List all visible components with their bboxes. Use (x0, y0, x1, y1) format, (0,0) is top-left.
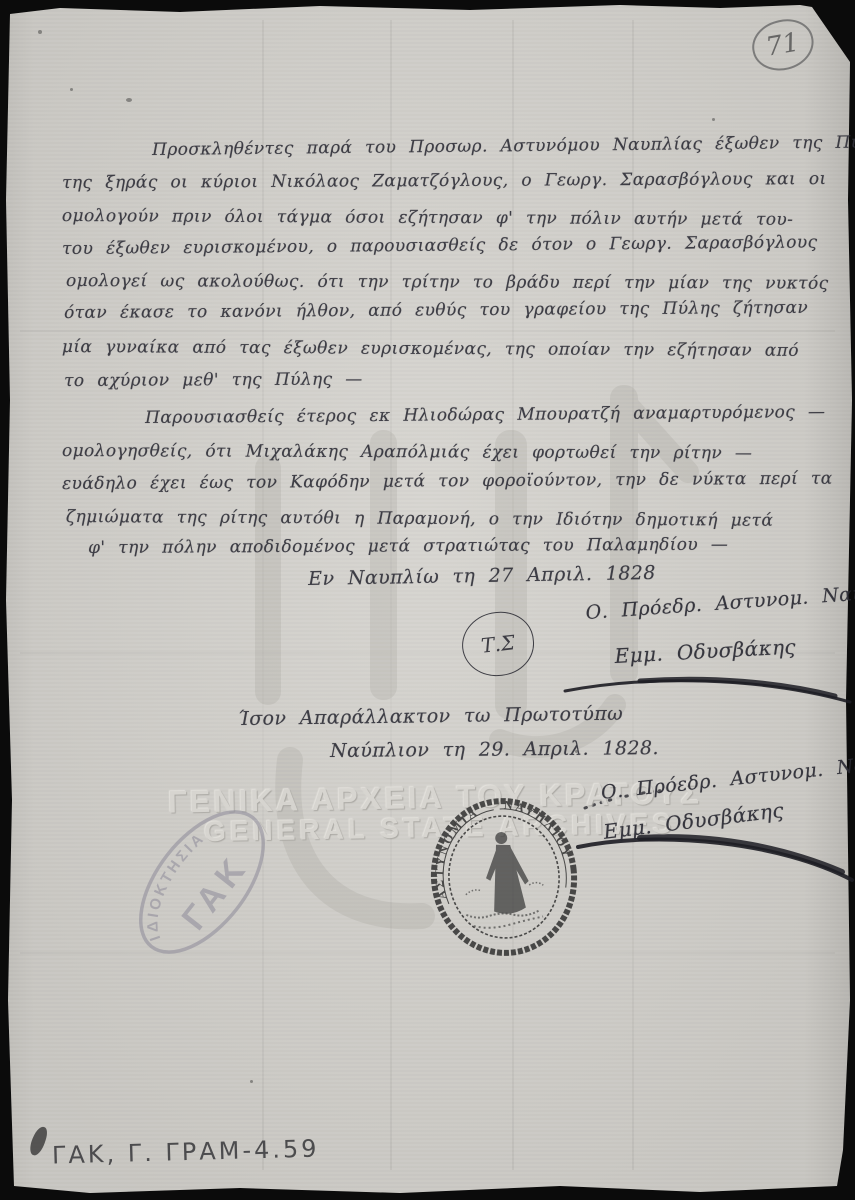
handwritten-line: της ξηράς οι κύριοι Νικόλαος Ζαματζόγλου… (62, 169, 827, 193)
paper-speck (70, 88, 73, 91)
paper-speck (712, 118, 715, 121)
fold-crease (512, 20, 514, 1170)
handwritten-line: ομολογησθείς, ότι Μιχαλάκης Αραπόλμιάς έ… (62, 441, 752, 463)
fold-crease (20, 952, 835, 954)
handwritten-line: μία γυναίκα από τας έξωθεν ευρισκομένας,… (62, 337, 799, 361)
handwritten-line: το αχύριον μεθ' της Πύλης — (64, 369, 363, 391)
fold-crease (390, 20, 392, 1170)
paper-speck (126, 98, 132, 102)
paper-speck (250, 1080, 253, 1083)
handwritten-line: ομολογούν πριν όλοι τάγμα όσοι εζήτησαν … (62, 206, 793, 230)
certification-line: Ναύπλιον τη 29. Απριλ. 1828. (330, 737, 659, 762)
handwritten-line: ζημιώματα της ρίτης αυτόθι η Παραμονή, ο… (66, 507, 773, 531)
seal-placeholder-label: Τ.Σ (480, 630, 516, 657)
handwritten-line: ομολογεί ως ακολούθως. ότι την τρίτην το… (66, 271, 829, 294)
scanned-document: 71 Προσκληθέντες παρά του Προσωρ. Αστυνό… (0, 0, 855, 1200)
fold-crease (20, 330, 835, 332)
fold-crease (632, 20, 634, 1170)
page-number: 71 (764, 27, 802, 62)
fold-crease (262, 20, 264, 1170)
paper-speck (38, 30, 42, 34)
handwritten-line: φ' την πόλην αποδιδομένος μετά στρατιώτα… (88, 535, 728, 558)
